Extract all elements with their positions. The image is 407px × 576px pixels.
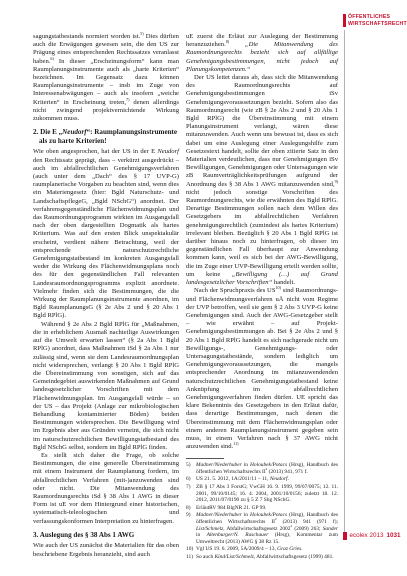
paragraph-spruchpraxis: Nach der Spruchpraxis des US10) sind Rau… — [186, 287, 338, 451]
tab-label-line1: ÖFFENTLICHES — [348, 14, 390, 20]
text-segment: Wie oben angesprochen, hat der US in der… — [33, 148, 157, 155]
paragraph-erlaeut: uE zuerst die Erläut zur Auslegung der B… — [186, 33, 338, 74]
paragraph-auslegung-intro: Wie auch der US zunächst die Materialien… — [33, 542, 179, 558]
text-segment: Während § 2e Abs 2 Bgld RPlG für „Maßnah… — [33, 321, 179, 451]
journal-name: ecolex 2013 — [350, 532, 384, 540]
footnote: 10) Vgl US 19. 6. 2009, 5A/2009/4 – 13, … — [186, 546, 338, 553]
text-segment: 3. Auslegung des § 38 Abs 1 AWG — [33, 531, 134, 539]
text-segment: sind Raumordnungs- und Flächenwidmungsve… — [186, 287, 338, 450]
footnote-text: ErläutRV 984 BlgNR 21. GP 99. — [196, 505, 338, 512]
footnote-number: 6) — [186, 476, 196, 483]
text-segment: in — [242, 512, 250, 518]
text-segment: (2013) 941, 971 f. — [267, 469, 307, 475]
tab-label: ÖFFENTLICHES WIRTSCHAFTSRECHT — [348, 14, 407, 27]
text-segment: in — [242, 462, 250, 468]
text-segment: in — [196, 532, 207, 538]
text-segment: ZB § 17 Abs 3 ForstG; VwGH 16. 9. 1999, … — [196, 484, 338, 504]
footnote: 6) US 21. 5. 2012, 1A/2011/11 – 11, Neud… — [186, 476, 338, 483]
text-segment: (2009) 263; — [292, 526, 323, 532]
paragraph-us-leitet: Der US leitet daraus ab, dass sich die M… — [186, 74, 338, 287]
footnote-text: Madner/Niederhuber in Holoubek/Potacs (H… — [196, 462, 338, 476]
text-segment: Neudorf — [62, 128, 86, 136]
text-segment: Holoubek/Potacs — [250, 462, 287, 468]
text-segment: Der US leitet daraus ab, dass sich die M… — [186, 74, 338, 188]
paragraph-neudorf: Wie oben angesprochen, hat der US in der… — [33, 148, 179, 320]
footnote-ref: 9) — [335, 178, 338, 183]
footnote: 5) Madner/Niederhuber in Holoubek/Potacs… — [186, 462, 338, 476]
section-tab: ÖFFENTLICHES WIRTSCHAFTSRECHT — [343, 14, 407, 27]
footnote-number: 9) — [186, 512, 196, 546]
text-segment: (2013) 941 (971 f); — [277, 519, 338, 525]
footnote-ref: 11) — [233, 441, 238, 446]
section-heading-3: 3. Auslegung des § 38 Abs 1 AWG — [33, 531, 179, 540]
text-segment: 2. Die E „ — [33, 128, 62, 136]
text-segment: US 21. 5. 2012, 1A/2011/11 – 11, — [196, 476, 270, 482]
left-column: sagungstatbestands normiert worden ist.5… — [33, 33, 179, 559]
text-segment: den Rechtssatz geprägt, dass – verkürzt … — [33, 157, 179, 320]
right-column: uE zuerst die Erläut zur Auslegung der B… — [186, 33, 338, 561]
text-segment: Es stellt sich daher die Frage, ob solch… — [33, 452, 179, 525]
tab-label-line2: WIRTSCHAFTSRECHT — [348, 21, 407, 27]
text-segment: Nach der Spruchpraxis des US — [194, 287, 276, 294]
text-segment: nicht jedoch sonstige Vorschriften des R… — [186, 189, 338, 278]
text-segment: . — [288, 476, 289, 482]
journal-page: ÖFFENTLICHES WIRTSCHAFTSRECHT sagungstat… — [0, 0, 407, 576]
footnote: 7) ZB § 17 Abs 3 ForstG; VwGH 16. 9. 199… — [186, 484, 338, 504]
text-segment: Graz Gries — [277, 546, 301, 552]
footnote: 9) Madner/Niederhuber in Holoubek/Potacs… — [186, 512, 338, 546]
footnote: 8) ErläutRV 984 BlgNR 21. GP 99. — [186, 505, 338, 512]
footnote-text: Madner/Niederhuber in Holoubek/Potacs (H… — [196, 512, 338, 546]
footnote-text: ZB § 17 Abs 3 ForstG; VwGH 16. 9. 1999, … — [196, 484, 338, 504]
tab-accent-bar — [343, 14, 346, 27]
paragraph-frage: Es stellt sich daher die Frage, ob solch… — [33, 452, 179, 526]
section-heading-2: 2. Die E „Neudorf“: Raumplanungsinstrume… — [33, 128, 179, 145]
footnote-separator — [186, 458, 224, 459]
text-segment: Neudorf — [157, 148, 179, 155]
footnote-number: 5) — [186, 462, 196, 476]
text-segment: Madner/Niederhuber — [196, 462, 242, 468]
page-footer: ecolex 2013 1031 — [343, 532, 400, 540]
text-segment: . — [301, 546, 302, 552]
footnote-block: 5) Madner/Niederhuber in Holoubek/Potacs… — [186, 462, 338, 560]
footer-accent-bar — [343, 532, 347, 540]
text-segment: , Abfallwirtschaftsgesetz (1999) 481. — [254, 554, 334, 560]
footnote-number: 8) — [186, 505, 196, 512]
footnote-number: 7) — [186, 484, 196, 504]
text-segment: Sander — [323, 526, 338, 532]
footnote-number: 10) — [186, 546, 196, 553]
page-number: 1031 — [386, 532, 400, 540]
text-segment: List/Schmelz — [196, 526, 223, 532]
paragraph-continuation: sagungstatbestands normiert worden ist.5… — [33, 33, 179, 123]
text-segment: Altenburger/N. Raschauer — [207, 532, 269, 538]
text-segment: So auch — [196, 554, 215, 560]
text-segment — [229, 41, 245, 48]
text-segment: Kind/List/Schmelz — [215, 554, 254, 560]
margin-rule — [344, 30, 345, 532]
text-segment: Wie auch der US zunächst die Materialien… — [33, 542, 179, 557]
footnote-text: US 21. 5. 2012, 1A/2011/11 – 11, Neudorf… — [196, 476, 338, 483]
footnote-number: 11) — [186, 554, 196, 561]
text-segment: Holoubek/Potacs — [250, 512, 287, 518]
text-segment: Vgl US 19. 6. 2009, 5A/2009/4 – 13, — [196, 546, 277, 552]
footnote: 11) So auch Kind/List/Schmelz, Abfallwir… — [186, 554, 338, 561]
paragraph-waehrend: Während § 2e Abs 2 Bgld RPlG für „Maßnah… — [33, 321, 179, 452]
text-segment: Madner/Niederhuber — [196, 512, 242, 518]
text-segment: ErläutRV 984 BlgNR 21. GP 99. — [196, 505, 266, 511]
footnote-text: So auch Kind/List/Schmelz, Abfallwirtsch… — [196, 554, 338, 561]
footnote-text: Vgl US 19. 6. 2009, 5A/2009/4 – 13, Graz… — [196, 546, 338, 553]
text-segment: , Abfallwirtschaftsgesetz 2002 — [223, 526, 290, 532]
text-segment: Neudorf — [270, 476, 288, 482]
text-segment: sagungstatbestands normiert worden ist. — [33, 33, 140, 40]
